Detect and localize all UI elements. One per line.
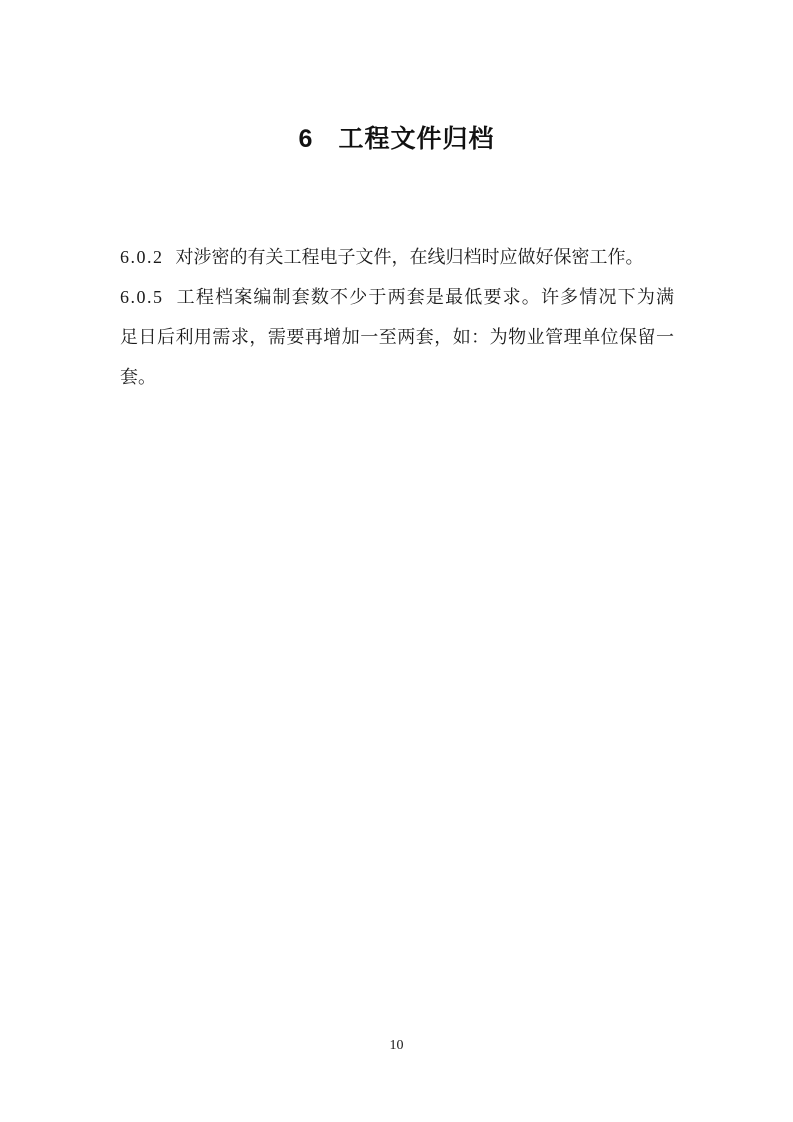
clause-6-0-5-line-1: 6.0.5工程档案编制套数不少于两套是最低要求。许多情况下为满 xyxy=(120,277,674,317)
clause-6-0-5-number: 6.0.5 xyxy=(120,287,164,307)
document-page: 6工程文件归档 6.0.2对涉密的有关工程电子文件，在线归档时应做好保密工作。 … xyxy=(0,0,793,1122)
clause-6-0-2-number: 6.0.2 xyxy=(120,247,164,267)
clause-6-0-5-text-line-1: 工程档案编制套数不少于两套是最低要求。许多情况下为满 xyxy=(176,287,675,307)
clause-6-0-2-text: 对涉密的有关工程电子文件，在线归档时应做好保密工作。 xyxy=(176,247,644,267)
chapter-heading: 6工程文件归档 xyxy=(0,126,793,154)
chapter-title: 工程文件归档 xyxy=(338,125,494,153)
body-text: 6.0.2对涉密的有关工程电子文件，在线归档时应做好保密工作。 6.0.5工程档… xyxy=(120,237,674,397)
page-footer: 10 xyxy=(0,1038,793,1054)
clause-6-0-5-line-3: 套。 xyxy=(120,357,674,397)
clause-6-0-5-line-2: 足日后利用需求，需要再增加一至两套，如：为物业管理单位保留一 xyxy=(120,317,674,357)
page-number: 10 xyxy=(390,1038,404,1053)
clause-6-0-2-line-1: 6.0.2对涉密的有关工程电子文件，在线归档时应做好保密工作。 xyxy=(120,237,674,277)
chapter-number: 6 xyxy=(299,125,314,153)
